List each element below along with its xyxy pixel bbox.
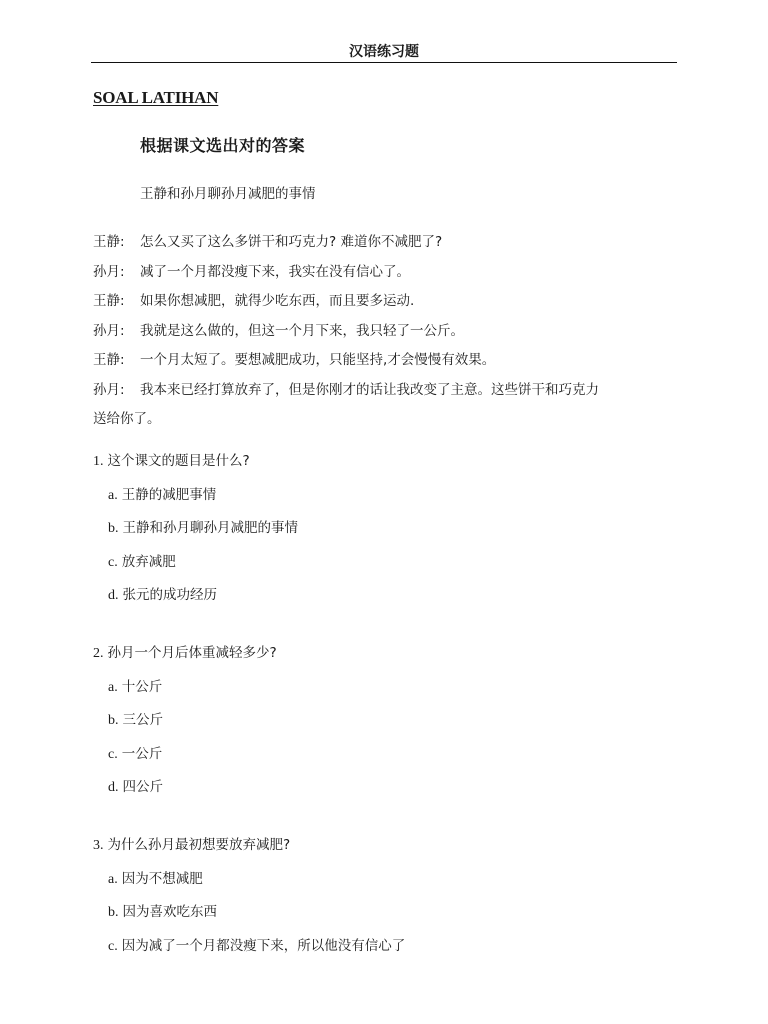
option-d[interactable]: d.张元的成功经历 xyxy=(108,585,683,606)
option-text: 十公斤 xyxy=(122,679,163,695)
speaker-label: 孙月: xyxy=(93,376,140,406)
option-text: 放弃减肥 xyxy=(122,554,176,570)
speaker-label: 王静: xyxy=(93,346,140,376)
option-letter: a. xyxy=(108,872,118,887)
speaker-label: 王静: xyxy=(93,287,140,317)
instruction-heading: 根据课文选出对的答案 xyxy=(140,133,305,156)
option-d[interactable]: d.四公斤 xyxy=(108,777,683,798)
option-letter: b. xyxy=(108,713,119,728)
option-text: 王静的减肥事情 xyxy=(122,487,217,503)
question-prompt: 孙月一个月后体重减轻多少? xyxy=(108,645,277,661)
dialogue-line: 王静: 怎么又买了这么多饼干和巧克力? 难道你不减肥了? xyxy=(93,228,683,258)
question-2: 2.孙月一个月后体重减轻多少? a.十公斤 b.三公斤 c.一公斤 d.四公斤 xyxy=(93,643,683,798)
option-b[interactable]: b.因为喜欢吃东西 xyxy=(108,902,683,923)
option-a[interactable]: a.十公斤 xyxy=(108,677,683,698)
section-title: SOAL LATIHAN xyxy=(93,88,218,108)
dialogue-line: 王静: 如果你想减肥，就得少吃东西，而且要多运动. xyxy=(93,287,683,317)
option-c[interactable]: c.一公斤 xyxy=(108,744,683,765)
option-text: 三公斤 xyxy=(123,712,164,728)
option-letter: b. xyxy=(108,905,119,920)
option-letter: a. xyxy=(108,488,118,503)
option-a[interactable]: a.王静的减肥事情 xyxy=(108,485,683,506)
dialogue-line: 孙月: 我本来已经打算放弃了，但是你刚才的话让我改变了主意。这些饼干和巧克力 xyxy=(93,376,683,406)
utterance: 减了一个月都没瘦下来，我实在没有信心了。 xyxy=(140,258,683,288)
option-text: 王静和孙月聊孙月减肥的事情 xyxy=(123,520,299,536)
option-letter: d. xyxy=(108,588,119,603)
dialogue: 王静: 怎么又买了这么多饼干和巧克力? 难道你不减肥了? 孙月: 减了一个月都没… xyxy=(93,228,683,435)
option-letter: c. xyxy=(108,555,118,570)
question-number: 3. xyxy=(93,838,104,853)
question-text: 2.孙月一个月后体重减轻多少? xyxy=(93,643,683,664)
question-prompt: 这个课文的题目是什么? xyxy=(108,453,250,469)
option-b[interactable]: b.三公斤 xyxy=(108,710,683,731)
dialogue-line: 孙月: 我就是这么做的，但这一个月下来，我只轻了一公斤。 xyxy=(93,317,683,347)
utterance: 我就是这么做的，但这一个月下来，我只轻了一公斤。 xyxy=(140,317,683,347)
option-letter: c. xyxy=(108,747,118,762)
question-text: 3.为什么孙月最初想要放弃减肥? xyxy=(93,835,683,856)
question-1: 1.这个课文的题目是什么? a.王静的减肥事情 b.王静和孙月聊孙月减肥的事情 … xyxy=(93,451,683,606)
option-c[interactable]: c.放弃减肥 xyxy=(108,552,683,573)
question-number: 2. xyxy=(93,646,104,661)
question-prompt: 为什么孙月最初想要放弃减肥? xyxy=(108,837,291,853)
option-text: 一公斤 xyxy=(122,746,163,762)
utterance: 一个月太短了。要想减肥成功，只能坚持,才会慢慢有效果。 xyxy=(140,346,683,376)
dialogue-line: 孙月: 减了一个月都没瘦下来，我实在没有信心了。 xyxy=(93,258,683,288)
option-letter: a. xyxy=(108,680,118,695)
option-b[interactable]: b.王静和孙月聊孙月减肥的事情 xyxy=(108,518,683,539)
speaker-label: 孙月: xyxy=(93,317,140,347)
passage-title: 王静和孙月聊孙月减肥的事情 xyxy=(140,182,316,202)
speaker-label: 孙月: xyxy=(93,258,140,288)
option-letter: d. xyxy=(108,780,119,795)
option-c[interactable]: c.因为减了一个月都没瘦下来，所以他没有信心了 xyxy=(108,936,683,957)
dialogue-continuation: 送给你了。 xyxy=(93,405,683,435)
question-3: 3.为什么孙月最初想要放弃减肥? a.因为不想减肥 b.因为喜欢吃东西 c.因为… xyxy=(93,835,683,957)
question-number: 1. xyxy=(93,454,104,469)
dialogue-line: 王静: 一个月太短了。要想减肥成功，只能坚持,才会慢慢有效果。 xyxy=(93,346,683,376)
utterance: 我本来已经打算放弃了，但是你刚才的话让我改变了主意。这些饼干和巧克力 xyxy=(140,376,683,406)
question-text: 1.这个课文的题目是什么? xyxy=(93,451,683,472)
option-text: 四公斤 xyxy=(123,779,164,795)
option-letter: b. xyxy=(108,521,119,536)
option-text: 因为减了一个月都没瘦下来，所以他没有信心了 xyxy=(122,938,406,954)
option-text: 张元的成功经历 xyxy=(123,587,218,603)
option-letter: c. xyxy=(108,939,118,954)
header-divider xyxy=(91,62,677,63)
option-text: 因为不想减肥 xyxy=(122,871,203,887)
utterance: 怎么又买了这么多饼干和巧克力? 难道你不减肥了? xyxy=(140,228,683,258)
page-header-title: 汉语练习题 xyxy=(91,43,677,61)
speaker-label: 王静: xyxy=(93,228,140,258)
utterance: 如果你想减肥，就得少吃东西，而且要多运动. xyxy=(140,287,683,317)
option-a[interactable]: a.因为不想减肥 xyxy=(108,869,683,890)
option-text: 因为喜欢吃东西 xyxy=(123,904,218,920)
